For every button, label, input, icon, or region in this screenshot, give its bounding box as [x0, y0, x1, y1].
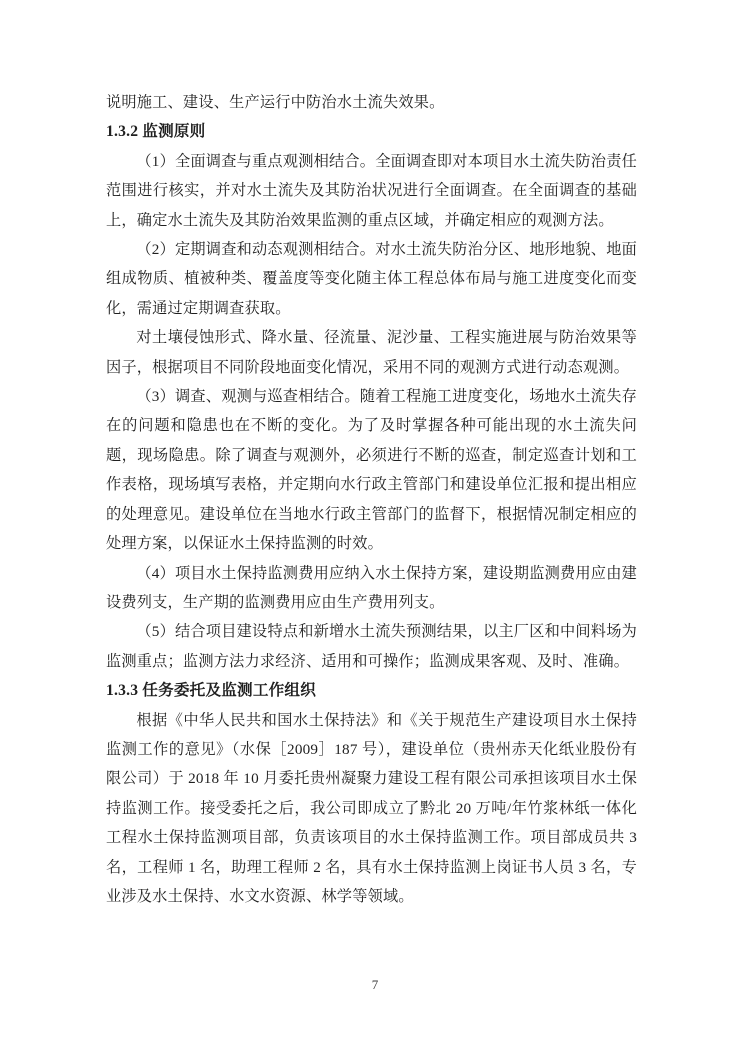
paragraph-principle-5: （5）结合项目建设特点和新增水土流失预测结果，以主厂区和中间料场为监测重点；监测… — [106, 617, 637, 676]
paragraph-principle-1: （1）全面调查与重点观测相结合。全面调查即对本项目水土流失防治责任范围进行核实，… — [106, 147, 637, 235]
paragraph-principle-4: （4）项目水土保持监测费用应纳入水土保持方案，建设期监测费用应由建设费列支，生产… — [106, 559, 637, 618]
document-content: 说明施工、建设、生产运行中防治水土流失效果。 1.3.2 监测原则 （1）全面调… — [106, 88, 637, 911]
page-number: 7 — [0, 976, 750, 994]
paragraph-principle-2-supplement: 对土壤侵蚀形式、降水量、径流量、泥沙量、工程实施进展与防治效果等因子，根据项目不… — [106, 323, 637, 382]
paragraph-principle-3: （3）调查、观测与巡查相结合。随着工程施工进度变化，场地水土流失存在的问题和隐患… — [106, 382, 637, 558]
section-heading-1-3-2: 1.3.2 监测原则 — [106, 117, 637, 146]
section-heading-1-3-3: 1.3.3 任务委托及监测工作组织 — [106, 676, 637, 705]
paragraph-principle-2: （2）定期调查和动态观测相结合。对水土流失防治分区、地形地貌、地面组成物质、植被… — [106, 235, 637, 323]
paragraph-continuation: 说明施工、建设、生产运行中防治水土流失效果。 — [106, 88, 637, 117]
document-page: 说明施工、建设、生产运行中防治水土流失效果。 1.3.2 监测原则 （1）全面调… — [0, 0, 750, 1061]
paragraph-task-commission: 根据《中华人民共和国水土保持法》和《关于规范生产建设项目水土保持监测工作的意见》… — [106, 706, 637, 912]
